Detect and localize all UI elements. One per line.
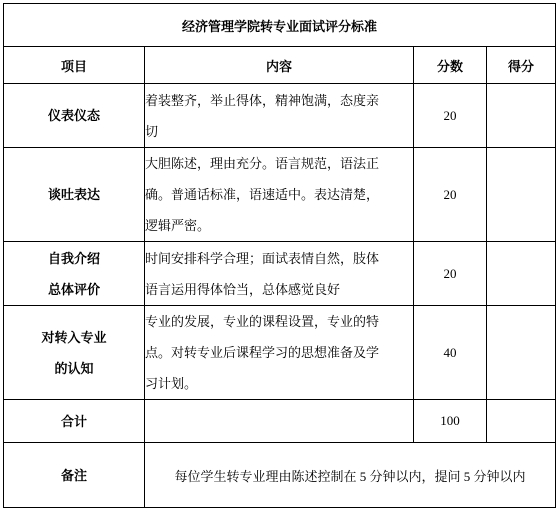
- total-earned-cell: [487, 400, 556, 443]
- item-cell: 谈吐表达: [4, 148, 145, 242]
- column-header-earned: 得分: [487, 47, 556, 84]
- item-cell: 自我介绍 总体评价: [4, 242, 145, 306]
- column-header-content: 内容: [145, 47, 414, 84]
- total-score-cell: 100: [414, 400, 487, 443]
- column-header-item: 项目: [4, 47, 145, 84]
- item-cell: 对转入专业 的认知: [4, 306, 145, 400]
- earned-cell: [487, 148, 556, 242]
- content-cell: 时间安排科学合理；面试表情自然，肢体 语言运用得体恰当，总体感觉良好: [145, 242, 414, 306]
- total-row: 合计 100: [4, 400, 556, 443]
- earned-cell: [487, 242, 556, 306]
- remark-content-cell: 每位学生转专业理由陈述控制在 5 分钟以内，提问 5 分钟以内: [145, 443, 556, 508]
- document-page: 经济管理学院转专业面试评分标准 项目 内容 分数 得分 仪表仪态 着装整齐，举止…: [0, 0, 558, 513]
- remark-row: 备注 每位学生转专业理由陈述控制在 5 分钟以内，提问 5 分钟以内: [4, 443, 556, 508]
- item-cell: 仪表仪态: [4, 84, 145, 148]
- table-title: 经济管理学院转专业面试评分标准: [4, 4, 556, 47]
- content-cell: 大胆陈述，理由充分。语言规范，语法正 确。普通话标准，语速适中。表达清楚， 逻辑…: [145, 148, 414, 242]
- content-cell: 专业的发展，专业的课程设置，专业的特 点。对转专业后课程学习的思想准备及学 习计…: [145, 306, 414, 400]
- table-row-self-intro: 自我介绍 总体评价 时间安排科学合理；面试表情自然，肢体 语言运用得体恰当，总体…: [4, 242, 556, 306]
- remark-label-cell: 备注: [4, 443, 145, 508]
- table-row-speech: 谈吐表达 大胆陈述，理由充分。语言规范，语法正 确。普通话标准，语速适中。表达清…: [4, 148, 556, 242]
- total-label-cell: 合计: [4, 400, 145, 443]
- header-row: 项目 内容 分数 得分: [4, 47, 556, 84]
- table-row-appearance: 仪表仪态 着装整齐，举止得体，精神饱满，态度亲 切 20: [4, 84, 556, 148]
- score-cell: 20: [414, 84, 487, 148]
- score-cell: 40: [414, 306, 487, 400]
- score-cell: 20: [414, 242, 487, 306]
- table-row-major-knowledge: 对转入专业 的认知 专业的发展，专业的课程设置，专业的特 点。对转专业后课程学习…: [4, 306, 556, 400]
- earned-cell: [487, 84, 556, 148]
- earned-cell: [487, 306, 556, 400]
- content-cell: 着装整齐，举止得体，精神饱满，态度亲 切: [145, 84, 414, 148]
- column-header-score: 分数: [414, 47, 487, 84]
- total-content-cell: [145, 400, 414, 443]
- title-row: 经济管理学院转专业面试评分标准: [4, 4, 556, 47]
- scoring-table: 经济管理学院转专业面试评分标准 项目 内容 分数 得分 仪表仪态 着装整齐，举止…: [3, 3, 556, 508]
- score-cell: 20: [414, 148, 487, 242]
